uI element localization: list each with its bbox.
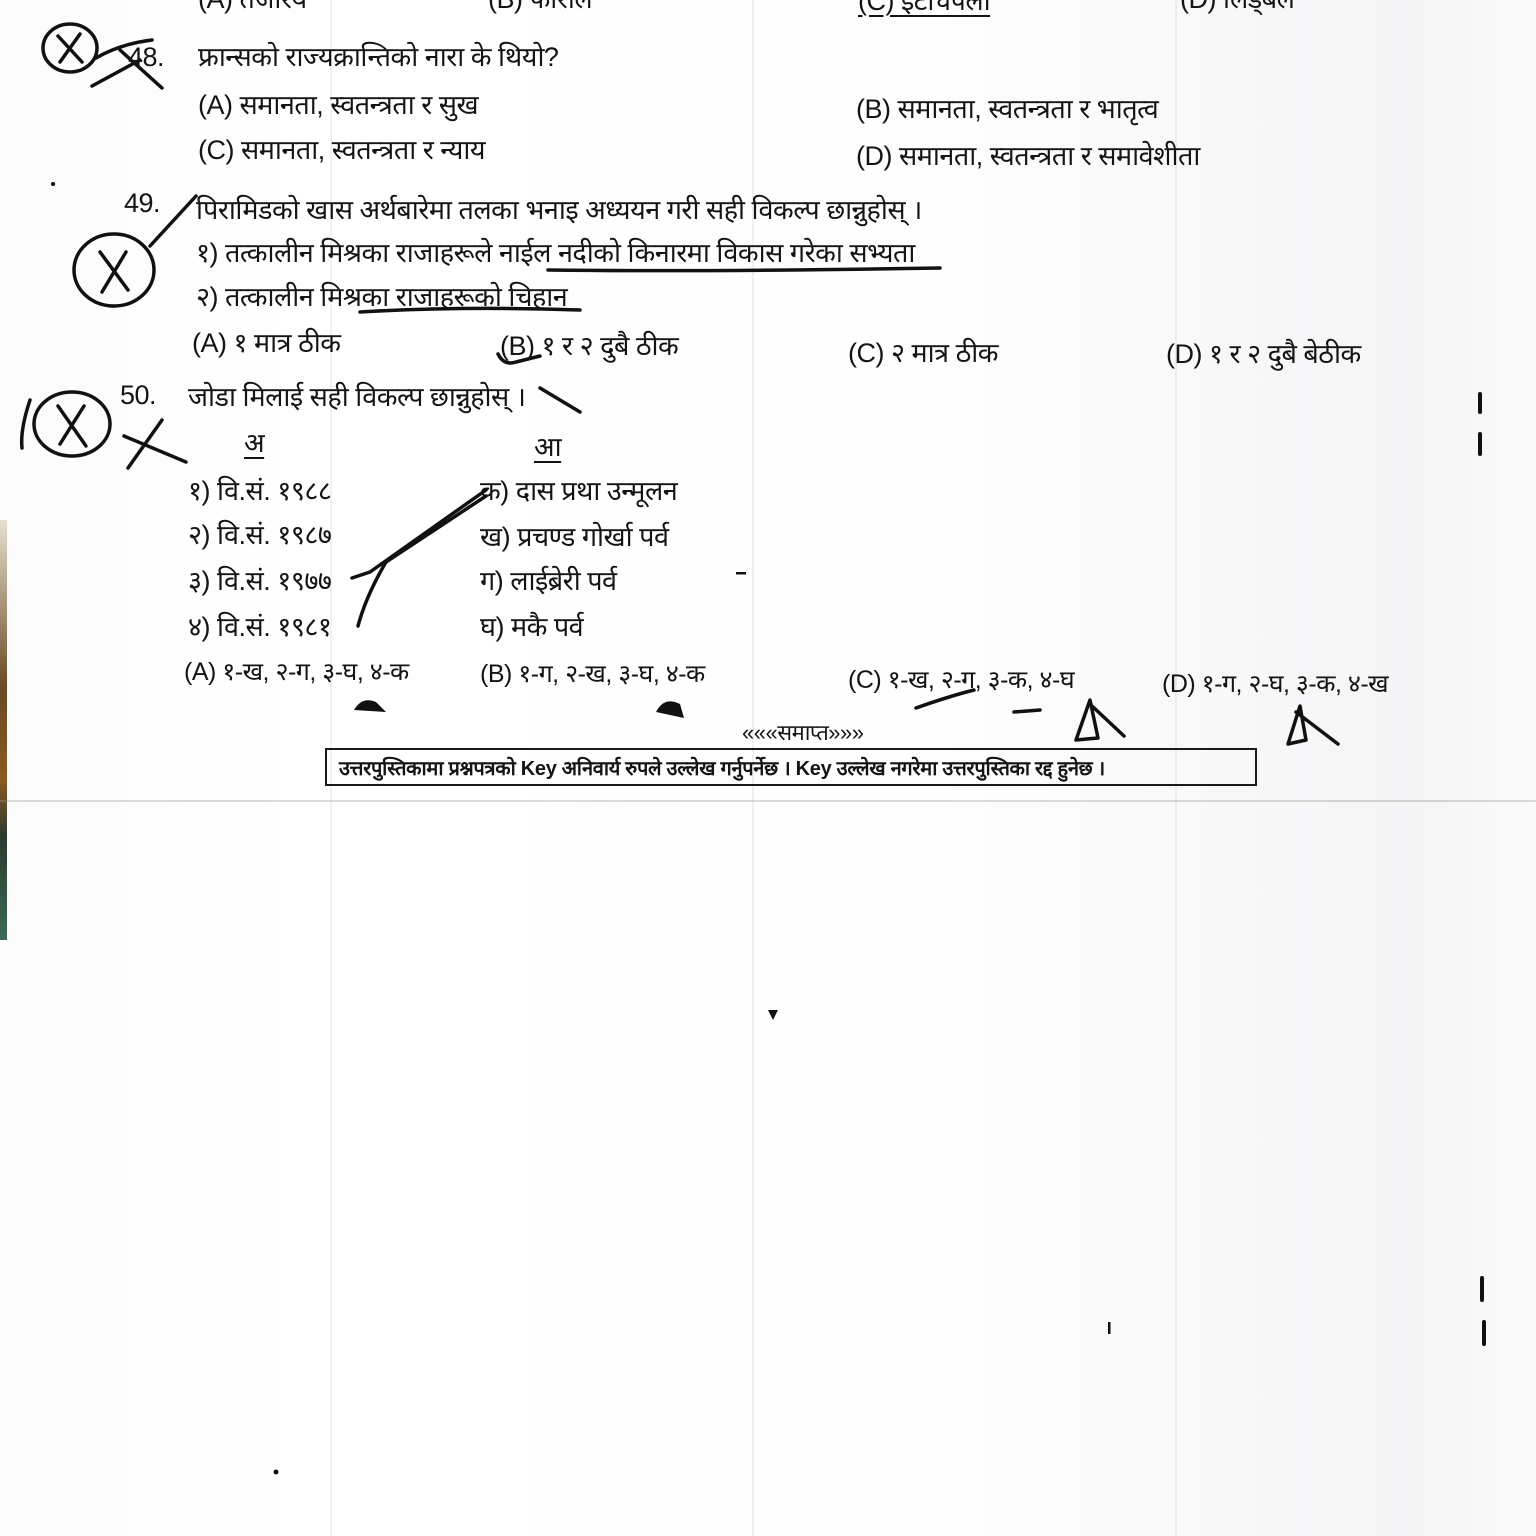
option-c: (C) १-ख, २-ग, ३-क, ४-घ	[848, 668, 1074, 693]
question-text: पिरामिडको खास अर्थबारेमा तलका भनाइ अध्यय…	[196, 197, 922, 224]
option-a: (A) १ मात्र ठीक	[192, 330, 341, 357]
column-b-item: ग) लाईब्रेरी पर्व	[480, 568, 617, 595]
option-b: (B) १-ग, २-ख, ३-घ, ४-क	[480, 662, 705, 687]
column-a-item: १) वि.सं. १९८८	[188, 478, 331, 505]
question-number: 50.	[120, 382, 156, 409]
option-c: (C) २ मात्र ठीक	[848, 340, 998, 367]
column-b-item: क) दास प्रथा उन्मूलन	[480, 478, 677, 505]
column-b-item: ख) प्रचण्ड गोर्खा पर्व	[480, 524, 668, 551]
column-b-item: घ) मकै पर्व	[480, 614, 583, 641]
option-a: (A) १-ख, २-ग, ३-घ, ४-क	[184, 660, 409, 685]
background-edge	[0, 520, 7, 940]
option-c: (C) समानता, स्वतन्त्रता र न्याय	[198, 137, 485, 164]
exam-page: (A) तेजारेय (B) फोराल (C) इटाचेपली (D) ल…	[0, 0, 1536, 1536]
prev-option-d: (D) लिड्बल	[1180, 0, 1320, 16]
option-d: (D) १ र २ दुबै बेठीक	[1166, 341, 1361, 368]
column-b-header: आ	[534, 434, 561, 461]
question-text: जोडा मिलाई सही विकल्प छान्नुहोस् ।	[188, 384, 526, 411]
statement-1: १) तत्कालीन मिश्रका राजाहरूले नाईल नदीको…	[196, 240, 915, 267]
option-b: (B) समानता, स्वतन्त्रता र भातृत्व	[856, 96, 1158, 123]
prev-option-b: (B) फोराल	[488, 0, 638, 16]
option-a: (A) समानता, स्वतन्त्रता र सुख	[198, 92, 478, 119]
statement-2: २) तत्कालीन मिश्रका राजाहरूको चिहान	[196, 284, 567, 311]
option-b: (B) १ र २ दुबै ठीक	[500, 333, 678, 360]
end-marker: «««समाप्त»»»	[742, 722, 863, 744]
column-a-item: २) वि.सं. १९८७	[188, 522, 331, 549]
column-a-item: ३) वि.सं. १९७७	[188, 568, 331, 595]
instruction-notice-box: उत्तरपुस्तिकामा प्रश्नपत्रको Key अनिवार्…	[325, 748, 1257, 786]
column-a-item: ४) वि.सं. १९८१	[188, 614, 331, 641]
option-d: (D) १-ग, २-घ, ३-क, ४-ख	[1162, 672, 1388, 697]
option-d: (D) समानता, स्वतन्त्रता र समावेशीता	[856, 143, 1200, 170]
prev-option-a: (A) तेजारेय	[198, 0, 358, 16]
question-text: फ्रान्सको राज्यक्रान्तिको नारा के थियो?	[198, 44, 558, 71]
question-number: 48.	[128, 44, 164, 71]
column-a-header: अ	[244, 430, 264, 457]
question-number: 49.	[124, 190, 160, 217]
instruction-notice: उत्तरपुस्तिकामा प्रश्नपत्रको Key अनिवार्…	[339, 754, 1105, 781]
prev-option-c: (C) इटाचेपली	[858, 0, 1028, 20]
paper-fold-horizontal	[0, 800, 1536, 802]
